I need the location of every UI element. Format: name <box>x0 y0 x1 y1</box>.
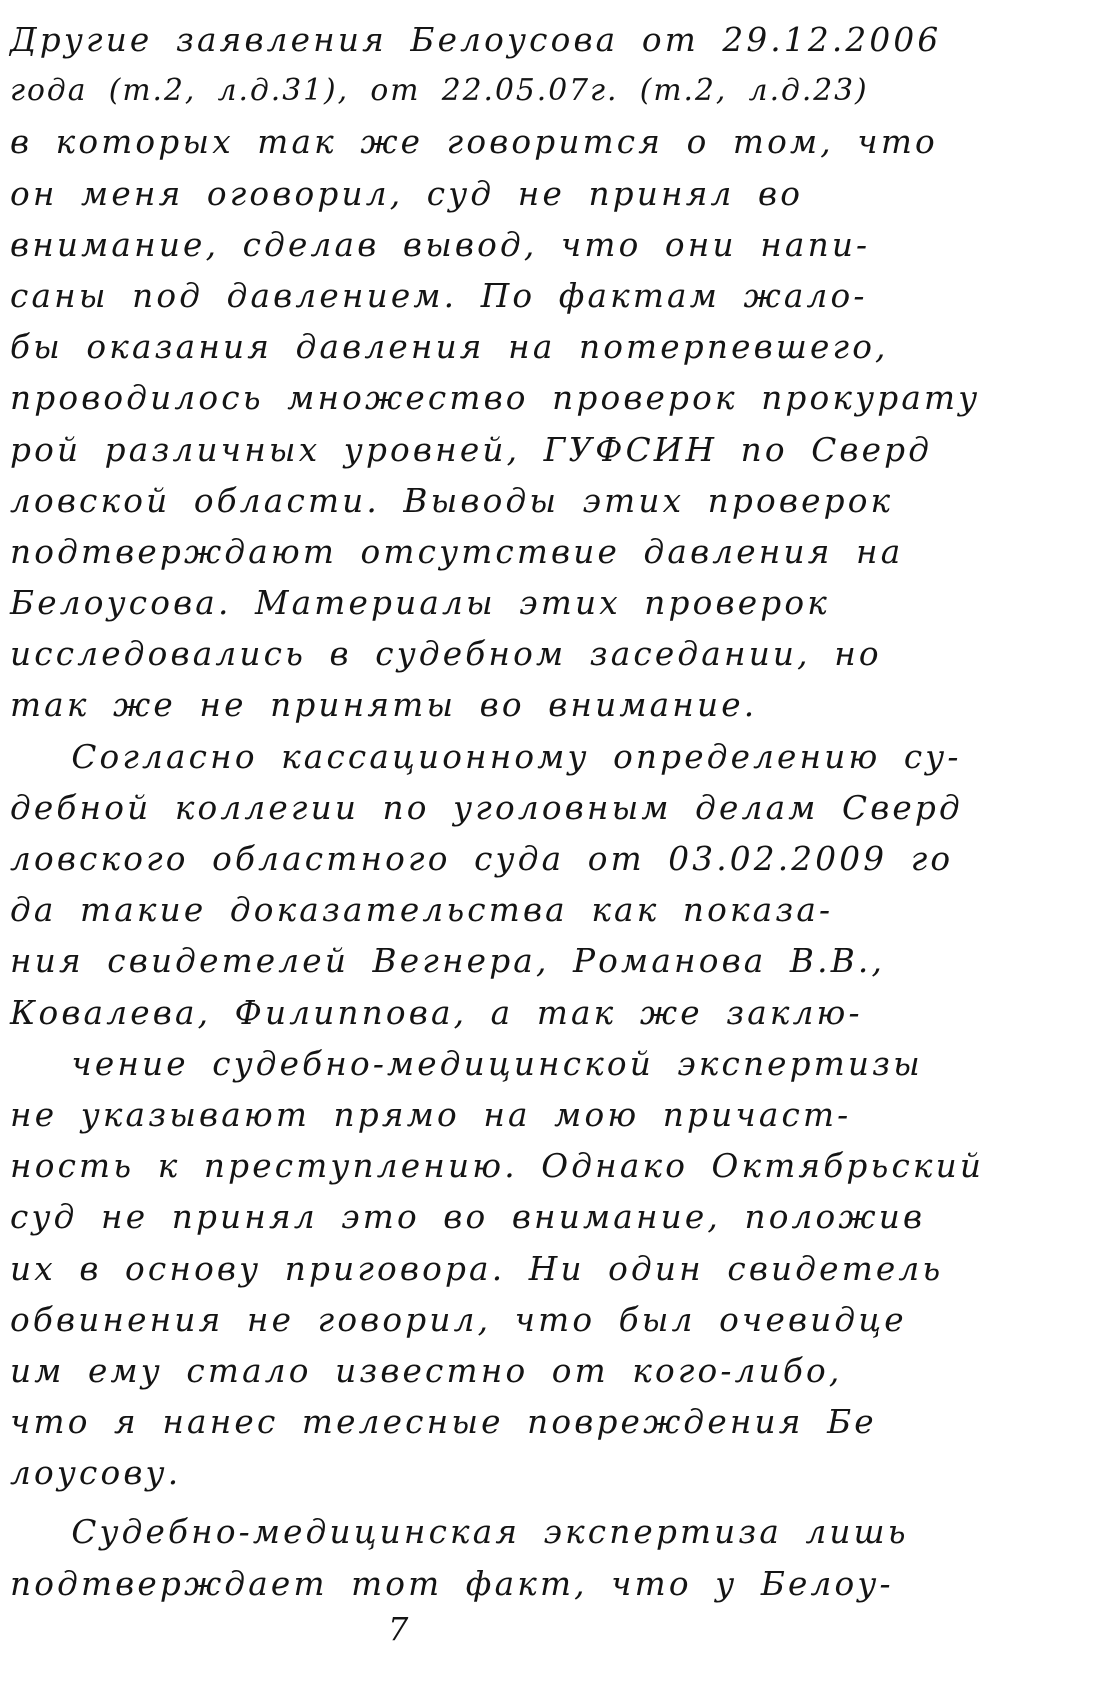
text-line: ния свидетелей Вегнера, Романова В.В., <box>10 935 1070 986</box>
text-line: обвинения не говорил, что был очевидце <box>10 1294 1070 1345</box>
text-line: проводилось множество проверок прокурату <box>10 372 1070 423</box>
paragraph-start-line: Согласно кассационному определению су- <box>10 731 1069 782</box>
text-line: им ему стало известно от кого-либо, <box>10 1345 1070 1396</box>
text-line: рой различных уровней, ГУФСИН по Сверд <box>10 424 1070 475</box>
text-line: дебной коллегии по уголовным делам Сверд <box>10 782 1070 833</box>
text-line: ловского областного суда от 03.02.2009 г… <box>10 833 1070 884</box>
page-number: 7 <box>388 1610 408 1648</box>
text-line: суд не принял это во внимание, положив <box>10 1191 1070 1242</box>
handwritten-text-body: Другие заявления Белоусова от 29.12.2006… <box>10 14 1080 1609</box>
text-line: ность к преступлению. Однако Октябрьский <box>10 1140 1070 1191</box>
text-line: в которых так же говорится о том, что <box>10 116 1070 167</box>
text-line: Другие заявления Белоусова от 29.12.2006 <box>10 14 1070 65</box>
text-line: так же не приняты во внимание. <box>10 679 1070 730</box>
text-line: их в основу приговора. Ни один свидетель <box>10 1243 1070 1294</box>
text-line: подтверждает тот факт, что у Белоу- <box>10 1558 1070 1609</box>
text-line: исследовались в судебном заседании, но <box>10 628 1070 679</box>
text-line: саны под давлением. По фактам жало- <box>10 270 1070 321</box>
text-line: Ковалева, Филиппова, а так же заклю- <box>10 987 1070 1038</box>
text-line: он меня оговорил, суд не принял во <box>10 168 1070 219</box>
text-line: ловской области. Выводы этих проверок <box>10 475 1070 526</box>
text-line: внимание, сделав вывод, что они напи- <box>10 219 1070 270</box>
text-line: да такие доказательства как показа- <box>10 884 1070 935</box>
paragraph-start-line: Судебно-медицинская экспертиза лишь <box>10 1506 1069 1557</box>
text-line: бы оказания давления на потерпевшего, <box>10 321 1070 372</box>
text-line: лоусову. <box>10 1447 1070 1498</box>
text-line: года (т.2, л.д.31), от 22.05.07г. (т.2, … <box>10 65 1070 116</box>
text-line: не указывают прямо на мою причаст- <box>10 1089 1070 1140</box>
text-line: Белоусова. Материалы этих проверок <box>10 577 1070 628</box>
text-line: подтверждают отсутствие давления на <box>10 526 1070 577</box>
text-line: что я нанес телесные повреждения Бе <box>10 1396 1070 1447</box>
handwritten-page: Другие заявления Белоусова от 29.12.2006… <box>0 0 1094 1694</box>
text-line: чение судебно-медицинской экспертизы <box>10 1038 1069 1089</box>
